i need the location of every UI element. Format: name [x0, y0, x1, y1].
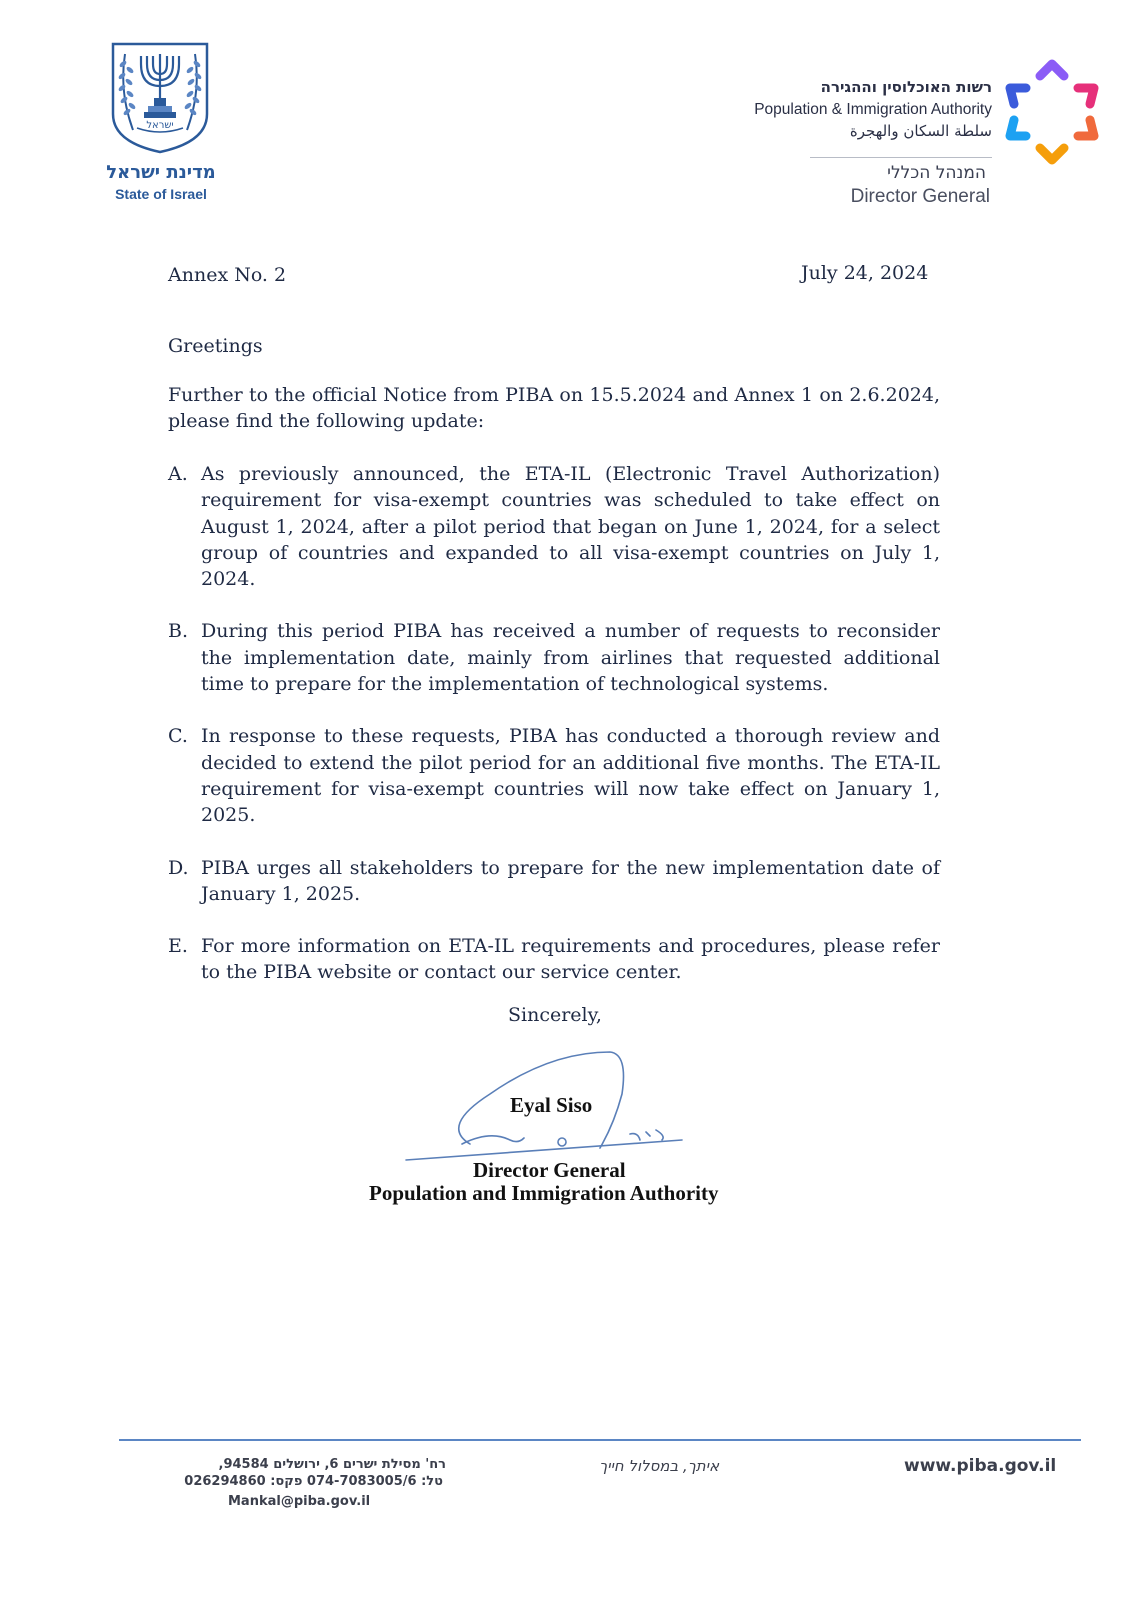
- authority-name-hebrew: רשות האוכלוסין וההגירה: [821, 78, 992, 96]
- list-item: E. For more information on ETA-IL requir…: [168, 933, 940, 986]
- item-text: During this period PIBA has received a n…: [201, 618, 940, 697]
- footer-website[interactable]: www.piba.gov.il: [904, 1456, 1056, 1476]
- closing: Sincerely,: [508, 1002, 602, 1028]
- list-item: C. In response to these requests, PIBA h…: [168, 723, 940, 828]
- item-marker: A.: [168, 461, 201, 592]
- footer-email[interactable]: Mankal@piba.gov.il: [228, 1494, 370, 1509]
- item-text: For more information on ETA-IL requireme…: [201, 933, 940, 986]
- item-marker: C.: [168, 723, 201, 828]
- office-title-hebrew: המנהל הכללי: [887, 163, 986, 183]
- signatory-title: Director General: [473, 1158, 626, 1183]
- menorah-emblem-icon: ישראל: [111, 42, 209, 154]
- item-text: PIBA urges all stakeholders to prepare f…: [201, 855, 940, 908]
- annex-number: Annex No. 2: [168, 262, 286, 288]
- item-text: As previously announced, the ETA-IL (Ele…: [201, 461, 940, 592]
- greeting: Greetings: [168, 333, 263, 359]
- item-marker: B.: [168, 618, 201, 697]
- intro-paragraph: Further to the official Notice from PIBA…: [168, 382, 940, 435]
- item-marker: E.: [168, 933, 201, 986]
- list-item: D. PIBA urges all stakeholders to prepar…: [168, 855, 940, 908]
- svg-text:ישראל: ישראל: [146, 120, 173, 131]
- item-marker: D.: [168, 855, 201, 908]
- list-item: A. As previously announced, the ETA-IL (…: [168, 461, 940, 592]
- state-name-english: State of Israel: [95, 186, 227, 202]
- item-text: In response to these requests, PIBA has …: [201, 723, 940, 828]
- authority-name-english: Population & Immigration Authority: [754, 101, 992, 119]
- office-title-english: Director General: [851, 186, 990, 208]
- footer-motto: איתך, במסלול חייך: [599, 1457, 719, 1475]
- state-name-hebrew: מדינת ישראל: [95, 162, 227, 183]
- authority-name-arabic: سلطة السكان والهجرة: [850, 122, 992, 140]
- letter-date: July 24, 2024: [801, 260, 928, 286]
- list-item: B. During this period PIBA has received …: [168, 618, 940, 697]
- signatory-name: Eyal Siso: [510, 1093, 592, 1118]
- six-chevron-star-logo-icon: [1004, 58, 1100, 166]
- footer-address: רח' מסילת ישרים 6, ירושלים 94584,: [219, 1457, 446, 1472]
- footer-phone-fax: טל: 074-7083005/6 פקס: 026294860: [184, 1474, 443, 1489]
- footer-divider: [119, 1439, 1081, 1441]
- signatory-organization: Population and Immigration Authority: [369, 1181, 718, 1206]
- header-divider: [810, 157, 992, 158]
- update-list: A. As previously announced, the ETA-IL (…: [168, 461, 940, 1012]
